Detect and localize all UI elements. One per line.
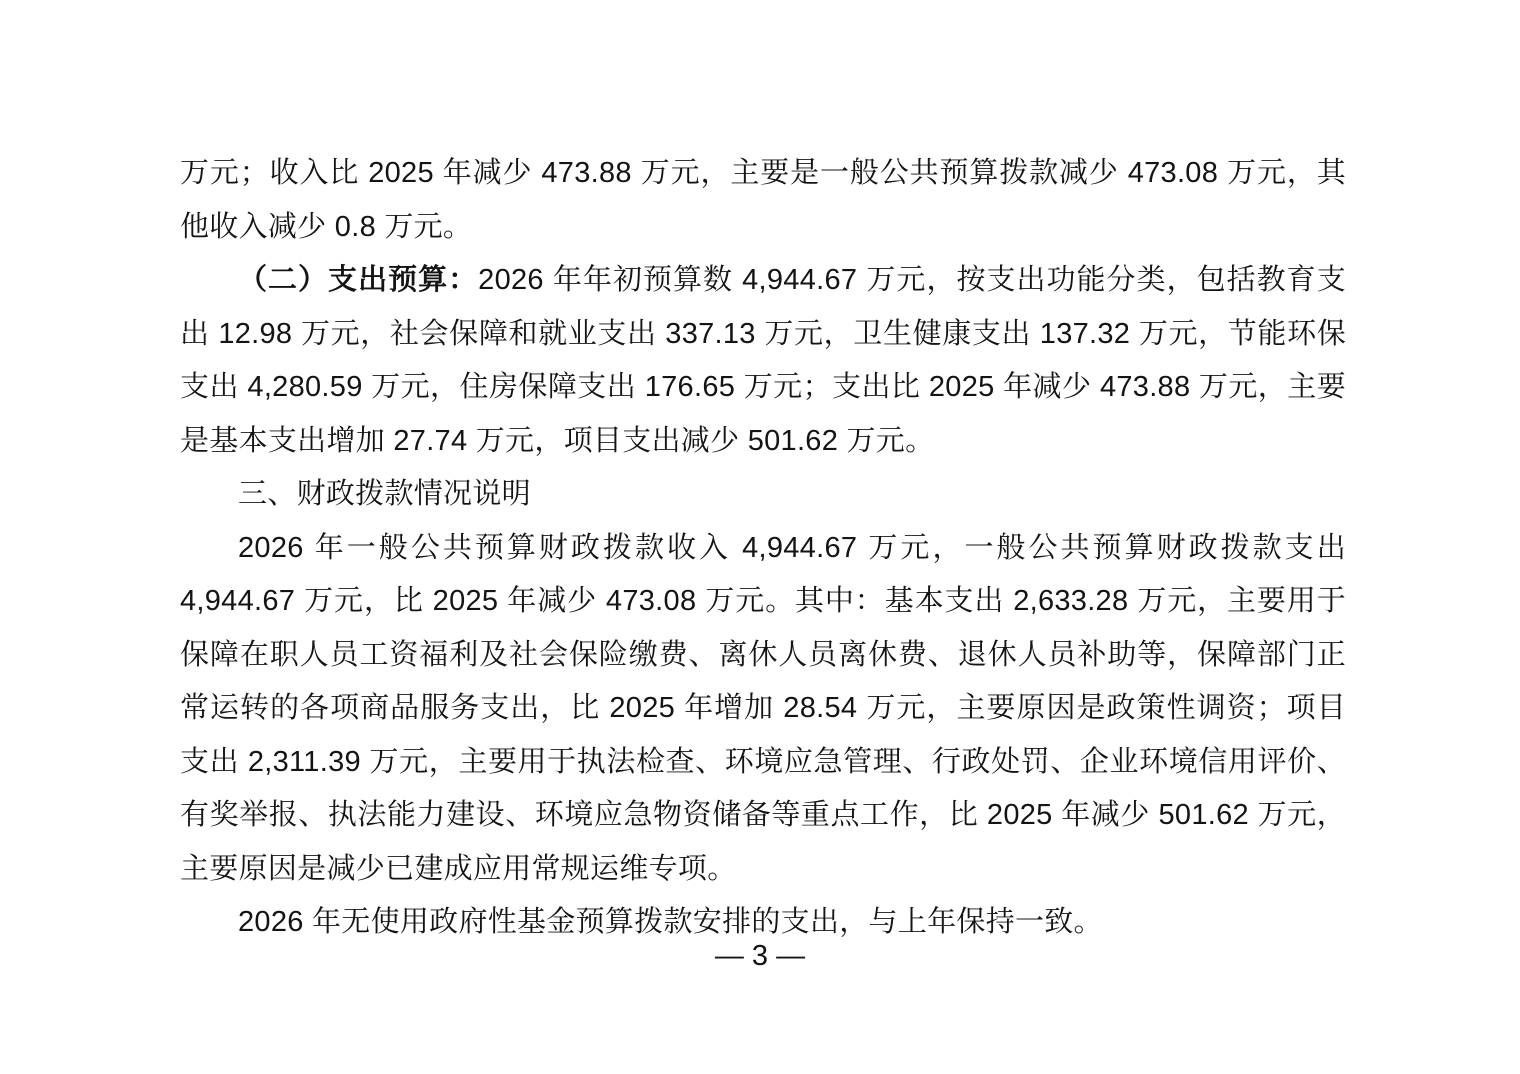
expenditure-budget-lead-bold: （二）支出预算： (238, 264, 478, 296)
paragraph-fiscal-appropriation: 2026 年一般公共预算财政拨款收入 4,944.67 万元，一般公共预算财政拨… (180, 522, 1346, 897)
paragraph-expenditure-budget: （二）支出预算：2026 年年初预算数 4,944.67 万元，按支出功能分类，… (180, 254, 1346, 468)
page-number: — 3 — (0, 938, 1520, 974)
document-page: 万元；收入比 2025 年减少 473.88 万元，主要是一般公共预算拨款减少 … (0, 0, 1520, 1074)
paragraph-income-continuation: 万元；收入比 2025 年减少 473.88 万元，主要是一般公共预算拨款减少 … (180, 147, 1346, 254)
document-body: 万元；收入比 2025 年减少 473.88 万元，主要是一般公共预算拨款减少 … (180, 147, 1346, 950)
section-heading-fiscal-appropriation: 三、财政拨款情况说明 (180, 468, 1346, 522)
